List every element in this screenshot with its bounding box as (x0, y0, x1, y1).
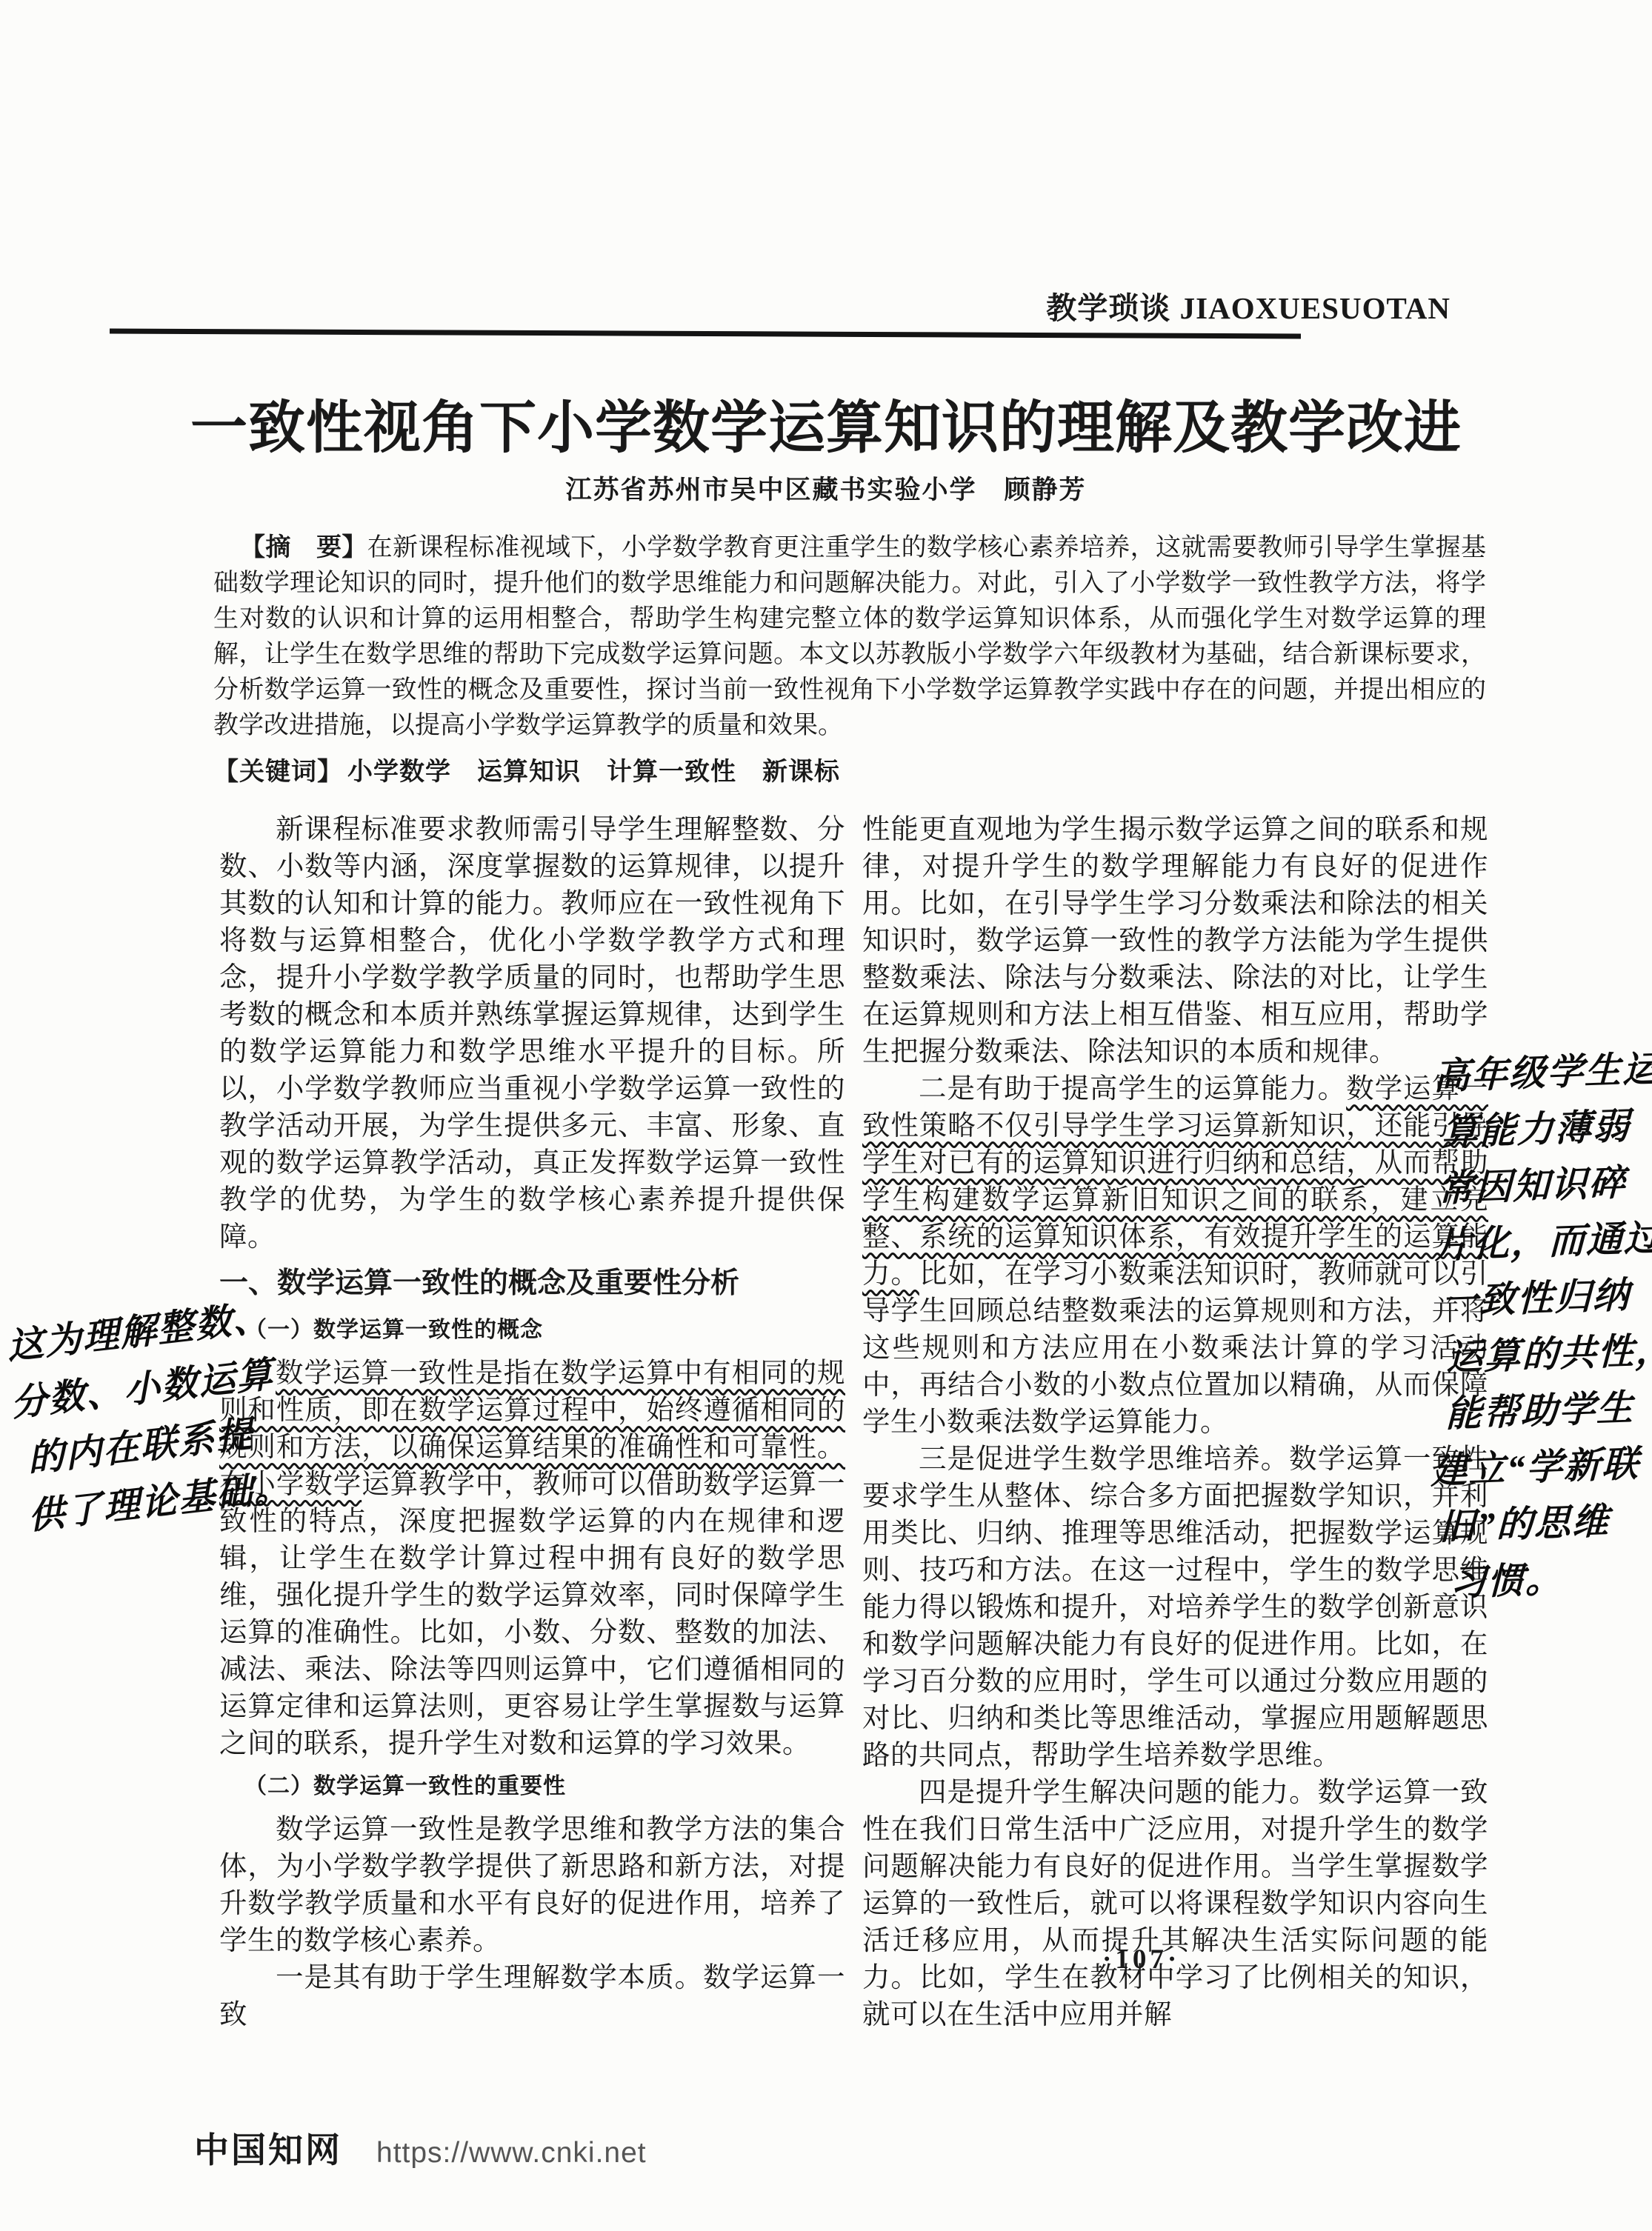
paragraph: 三是促进学生数学思维培养。数学运算一致性要求学生从整体、综合多方面把握数学知识，… (862, 1441, 1488, 1775)
body-column-left: 新课程标准要求教师需引导学生理解整数、分数、小数等内涵，深度掌握数的运算规律，以… (219, 812, 845, 2034)
header-divider (110, 328, 1301, 339)
abstract-text: 在新课程标准视域下，小学数学教育更注重学生的数学核心素养培养，这就需要教师引导学… (213, 534, 1486, 739)
abstract: 【摘 要】在新课程标准视域下，小学数学教育更注重学生的数学核心素养培养，这就需要… (213, 530, 1486, 744)
text-run: 新课程标准要求教师需引导学生理解整数、分数、小数等内涵，深度掌握数的运算规律，以… (219, 815, 845, 1253)
keywords-label: 【关键词】 (213, 758, 343, 786)
page-number: ·107· (1102, 1944, 1180, 1975)
cnki-url: https://www.cnki.net (376, 2137, 647, 2170)
paragraph: 数学运算一致性是指在数学运算中有相同的规则和性质，即在数学运算过程中，始终遵循相… (219, 1355, 845, 1763)
abstract-label: 【摘 要】 (240, 534, 367, 561)
keywords: 【关键词】小学数学 运算知识 计算一致性 新课标 (213, 751, 1486, 787)
underlined-text: 数学运算一致性策略不仅引导学生学习运算新知识，还能引导学生对已有的运算知识进行归… (862, 1074, 1488, 1290)
journal-section-label: 教学琐谈 (1046, 291, 1170, 325)
text-run: 二是有助于提高学生的运算能力。 (919, 1074, 1346, 1104)
handwritten-line: 建立“学新联 (1430, 1435, 1652, 1499)
paragraph: 新课程标准要求教师需引导学生理解整数、分数、小数等内涵，深度掌握数的运算规律，以… (219, 812, 845, 1256)
handwritten-line: 常因知识碎 (1437, 1153, 1652, 1218)
text-run: 性能更直观地为学生揭示数学运算之间的联系和规律，对提升学生的数学理解能力有良好的… (862, 815, 1488, 1067)
text-run: 运算教学中，教师可以借助数学运算一致性的特点，深度把握数学运算的内在规律和逻辑，… (219, 1470, 845, 1759)
cnki-footer: 中国知网 https://www.cnki.net (194, 2123, 647, 2172)
paragraph: 一是其有助于学生理解数学本质。数学运算一致 (219, 1960, 845, 2034)
paragraph: 数学运算一致性是教学思维和教学方法的集合体，为小学数学教学提供了新思路和新方法，… (219, 1812, 845, 1960)
section-heading: 一、数学运算一致性的概念及重要性分析 (219, 1265, 845, 1302)
cnki-brand: 中国知网 (194, 2123, 342, 2172)
section-heading: （二）数学运算一致性的重要性 (219, 1770, 845, 1803)
section-heading: （一）数学运算一致性的概念 (219, 1314, 845, 1347)
keywords-list: 小学数学 运算知识 计算一致性 新课标 (347, 758, 840, 786)
handwritten-line: 算能力薄弱 (1441, 1097, 1652, 1161)
handwritten-line: 运算的共性， (1446, 1322, 1652, 1386)
paragraph: 二是有助于提高学生的运算能力。数学运算一致性策略不仅引导学生学习运算新知识，还能… (862, 1071, 1488, 1441)
handwritten-line: 习惯。 (1450, 1547, 1652, 1612)
handwritten-line: 一致性归纳 (1441, 1266, 1652, 1330)
scanned-paper-page: 教学琐谈 JIAOXUESUOTAN 一致性视角下小学数学运算知识的理解及教学改… (0, 0, 1652, 2231)
handwritten-line: 旧”的思维 (1439, 1491, 1652, 1555)
text-run: 一是其有助于学生理解数学本质。数学运算一致 (219, 1963, 845, 2030)
paragraph: 四是提升学生解决问题的能力。数学运算一致性在我们日常生活中广泛应用，对提升学生的… (862, 1775, 1488, 2034)
handwritten-line: 片化，而通过 (1435, 1210, 1652, 1274)
text-run: 三是促进学生数学思维培养。数学运算一致性要求学生从整体、综合多方面把握数学知识，… (862, 1444, 1488, 1771)
text-run: 比如，在学习小数乘法知识时，教师就可以引导学生回顾总结整数乘法的运算规则和方法，… (862, 1259, 1488, 1438)
handwritten-line: 能帮助学生 (1445, 1378, 1652, 1443)
margin-note-left: 这为理解整数、分数、小数运算的内在联系提供了理论基础。 (4, 1290, 281, 1546)
handwritten-line: 高年级学生运 (1433, 1041, 1652, 1105)
body-column-right: 性能更直观地为学生揭示数学运算之间的联系和规律，对提升学生的数学理解能力有良好的… (862, 812, 1488, 2034)
journal-section-header: 教学琐谈 JIAOXUESUOTAN (1046, 284, 1451, 327)
paper-title: 一致性视角下小学数学运算知识的理解及教学改进 (152, 382, 1500, 464)
paragraph: 性能更直观地为学生揭示数学运算之间的联系和规律，对提升学生的数学理解能力有良好的… (862, 812, 1488, 1071)
text-run: 四是提升学生解决问题的能力。数学运算一致性在我们日常生活中广泛应用，对提升学生的… (862, 1778, 1488, 2030)
margin-note-right: 高年级学生运算能力薄弱常因知识碎片化，而通过一致性归纳运算的共性，能帮助学生建立… (1433, 1041, 1652, 1612)
journal-section-pinyin: JIAOXUESUOTAN (1180, 291, 1451, 325)
author-byline: 江苏省苏州市吴中区藏书实验小学 顾静芳 (152, 470, 1500, 507)
text-run: 数学运算一致性是教学思维和教学方法的集合体，为小学数学教学提供了新思路和新方法，… (219, 1815, 845, 1956)
